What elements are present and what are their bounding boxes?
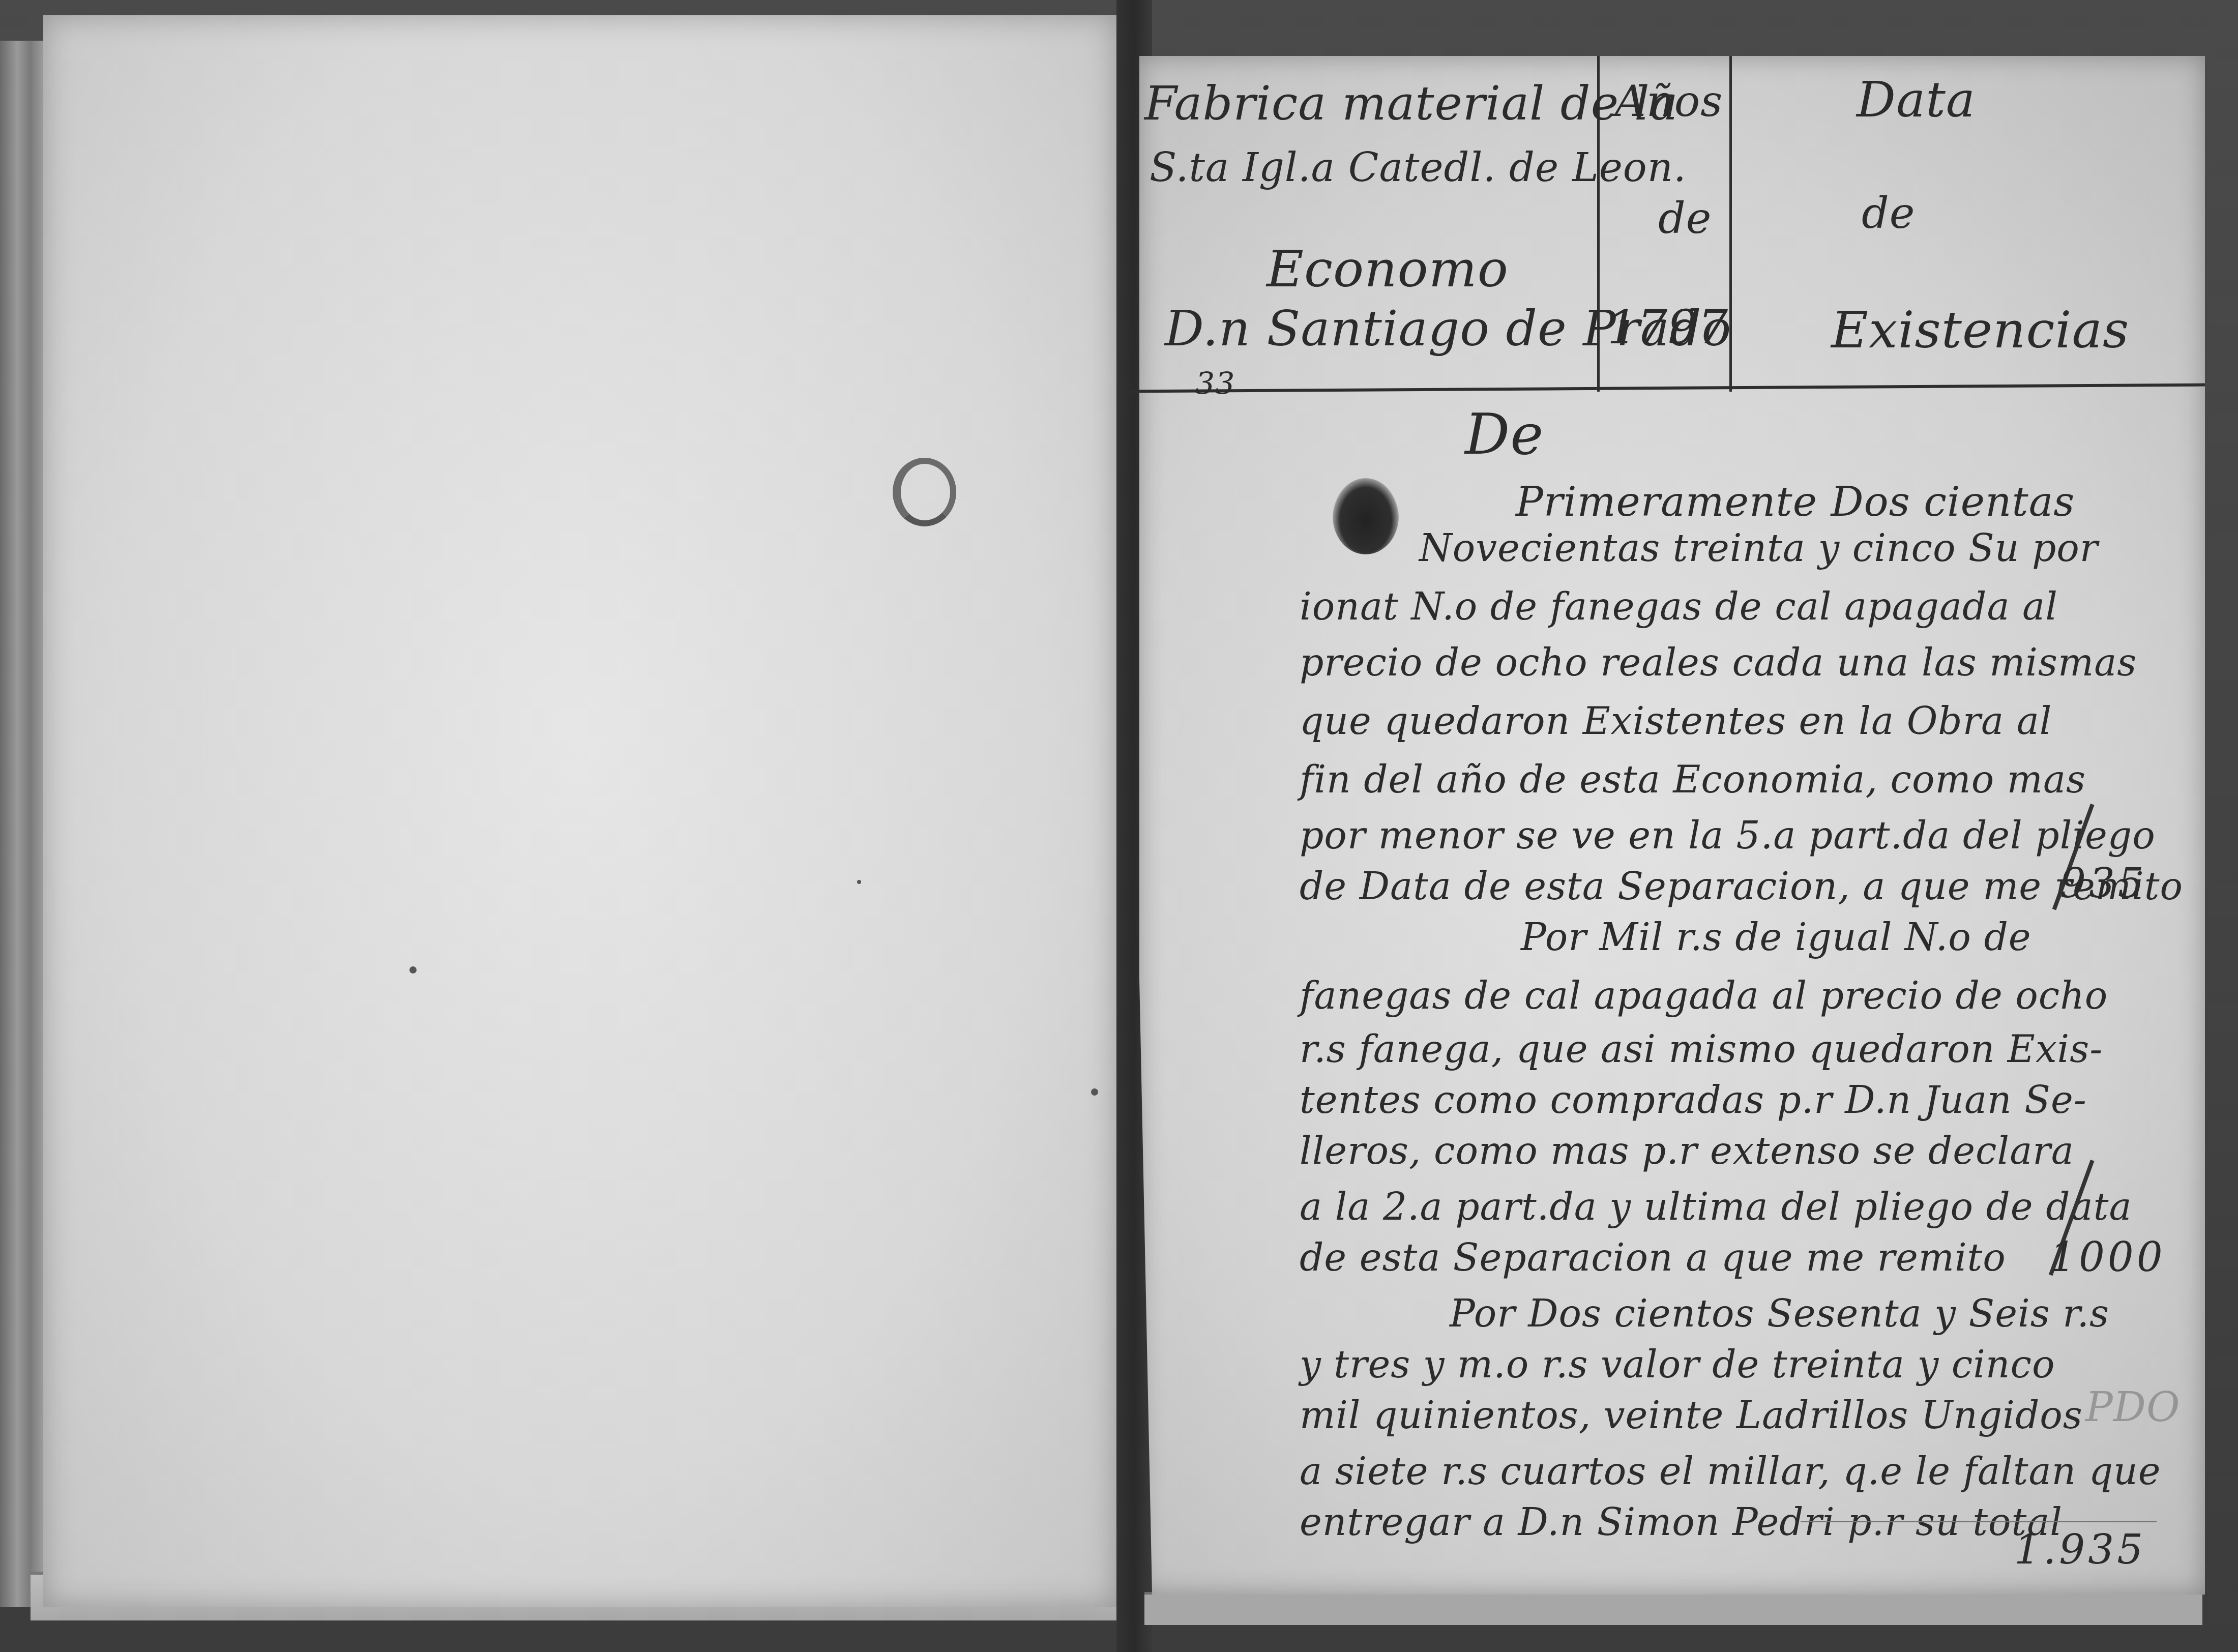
entry-line: de esta Separacion a que me remito bbox=[1300, 1236, 2006, 1280]
left-binding-edge bbox=[0, 41, 43, 1607]
punch-hole bbox=[1333, 478, 1399, 554]
entry-line: Por Dos cientos Sesenta y Seis r.s bbox=[1450, 1292, 2109, 1336]
header-existencias: Existencias bbox=[1831, 300, 2129, 360]
header-years-de: de bbox=[1658, 193, 1712, 243]
header-data-de: de bbox=[1862, 188, 1915, 238]
entry-line: entregar a D.n Simon Pedri p.r su total bbox=[1300, 1500, 2063, 1544]
header-years-label: Años bbox=[1615, 76, 1723, 126]
entry-line: a siete r.s cuartos el millar, q.e le fa… bbox=[1300, 1450, 2161, 1493]
entry-line: mil quinientos, veinte Ladrillos Ungidos bbox=[1300, 1394, 2083, 1437]
entry-line: Primeramente Dos cientas bbox=[1516, 478, 2075, 525]
entry-line: r.s fanega, que asi mismo quedaron Exis- bbox=[1300, 1027, 2103, 1071]
total-rule bbox=[1801, 1521, 2157, 1522]
header-year: 1797 bbox=[1607, 300, 1728, 355]
entry-line: precio de ocho reales cada una las misma… bbox=[1300, 641, 2137, 685]
entry-line: Novecientas treinta y cinco Su por bbox=[1419, 526, 2098, 570]
header-data-label: Data bbox=[1857, 71, 1976, 128]
entry-line: tentes como compradas p.r D.n Juan Se- bbox=[1300, 1078, 2087, 1122]
header-margin-note: 33 bbox=[1195, 366, 1235, 402]
entry-line: de Data de esta Separacion, a que me rem… bbox=[1300, 865, 2183, 908]
right-page-stack-edge bbox=[1144, 1592, 2202, 1625]
entry-line: que quedaron Existentes en la Obra al bbox=[1300, 699, 2052, 743]
header-title-line3: Economo bbox=[1267, 239, 1509, 299]
entry-line: a la 2.a part.da y ultima del pliego de … bbox=[1300, 1185, 2132, 1229]
ring-stain-icon bbox=[893, 458, 956, 526]
entry-amount: 1000 bbox=[2050, 1233, 2166, 1281]
entry-line: fin del año de esta Economia, como mas bbox=[1300, 758, 2086, 802]
ink-speck bbox=[409, 966, 417, 973]
entry-line: lleros, como mas p.r extenso se declara bbox=[1300, 1129, 2074, 1173]
entry-line: fanegas de cal apagada al precio de ocho bbox=[1300, 974, 2108, 1018]
entry-line: ionat N.o de fanegas de cal apagada al bbox=[1300, 585, 2058, 629]
margin-note: PDO bbox=[2085, 1383, 2181, 1431]
entry-line: por menor se ve en la 5.a part.da del pl… bbox=[1300, 814, 2156, 858]
header-title-line1: Fabrica material de la bbox=[1144, 76, 1678, 131]
section-mark: De bbox=[1465, 402, 1544, 467]
ink-speck bbox=[1091, 1088, 1098, 1096]
entry-line: Por Mil r.s de igual N.o de bbox=[1521, 916, 2031, 959]
entry-amount: 935 bbox=[2060, 860, 2147, 907]
left-page bbox=[43, 15, 1116, 1607]
header-title-line2: S.ta Igl.a Catedl. de Leon. bbox=[1150, 145, 1687, 191]
ink-speck bbox=[857, 880, 861, 884]
entry-amount: 1.935 bbox=[2014, 1526, 2146, 1573]
entry-line: y tres y m.o r.s valor de treinta y cinc… bbox=[1300, 1343, 2055, 1386]
